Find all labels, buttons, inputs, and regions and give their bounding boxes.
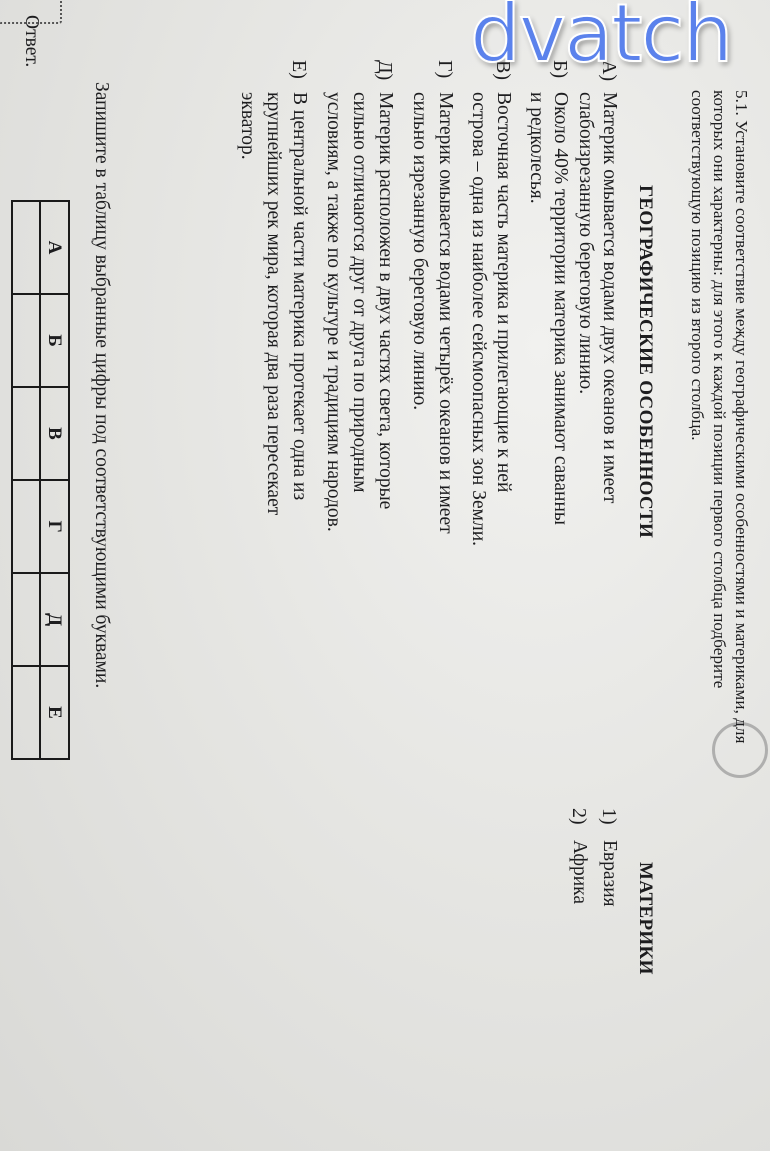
item-g-line-1: Материк омывается водами четырёх океанов… (434, 92, 456, 534)
rotated-worksheet-page: 5.1. Установите соответствие между геогр… (0, 0, 770, 1151)
answer-cell-v[interactable] (12, 387, 40, 480)
item-b-line-2: и редколесья. (525, 92, 547, 204)
features-column-header: ГЕОГРАФИЧЕСКИЕ ОСОБЕННОСТИ (634, 185, 656, 538)
item-e-line-1: В центральной части материка протекает о… (288, 92, 310, 500)
answer-header-d: Д (40, 573, 69, 666)
answer-header-v: В (40, 387, 69, 480)
continent-num-1: 1) (597, 808, 620, 825)
answer-instruction: Запишите в таблицу выбранные цифры под с… (90, 82, 112, 688)
answer-header-g: Г (40, 480, 69, 573)
item-v-line-1: Восточная часть материка и прилегающие к… (492, 92, 514, 492)
item-g-line-2: сильно изрезанную береговую линию. (408, 92, 430, 410)
item-b-line-1: Около 40% территории материка занимают с… (549, 92, 571, 525)
answer-header-b: Б (40, 294, 69, 387)
watermark-logo: dvatch (470, 0, 731, 74)
item-d-line-2: сильно отличаются друг от друга по приро… (348, 92, 370, 493)
item-v-line-2: острова – одна из наиболее сейсмоопасных… (467, 92, 489, 546)
continents-column-header: МАТЕРИКИ (634, 862, 656, 975)
intro-line-3: соответствующую позицию из второго столб… (686, 90, 708, 441)
item-e-line-2: крупнейших рек мира, которая два раза пе… (262, 92, 284, 515)
dotted-answer-box (0, 0, 62, 24)
item-e-line-3: экватор. (236, 92, 258, 160)
item-d-line-1: Материк расположен в двух частях света, … (374, 92, 396, 509)
answer-header-a: А (40, 201, 69, 294)
item-d-line-3: условиям, а также по культуре и традиция… (322, 92, 344, 532)
answer-table-value-row (12, 201, 40, 759)
answer-cell-b[interactable] (12, 294, 40, 387)
item-letter-e: Е) (287, 60, 310, 79)
answer-table-header-row: А Б В Г Д Е (40, 201, 69, 759)
item-letter-d: Д) (373, 60, 396, 80)
answer-cell-g[interactable] (12, 480, 40, 573)
answer-table: А Б В Г Д Е (11, 200, 70, 760)
item-letter-g: Г) (433, 60, 456, 78)
answer-cell-e[interactable] (12, 666, 40, 759)
continent-num-2: 2) (567, 808, 590, 825)
continent-eurasia: Евразия (598, 840, 620, 907)
continent-africa: Африка (568, 840, 590, 904)
intro-line-2: которых они характерны: для этого к кажд… (708, 90, 730, 688)
item-a-line-2: слабоизрезанную береговую линию. (574, 92, 596, 394)
intro-line-1: 5.1. Установите соответствие между геогр… (730, 90, 752, 744)
answer-header-e: Е (40, 666, 69, 759)
answer-cell-a[interactable] (12, 201, 40, 294)
item-a-line-1: Материк омывается водами двух океанов и … (598, 92, 620, 503)
answer-cell-d[interactable] (12, 573, 40, 666)
